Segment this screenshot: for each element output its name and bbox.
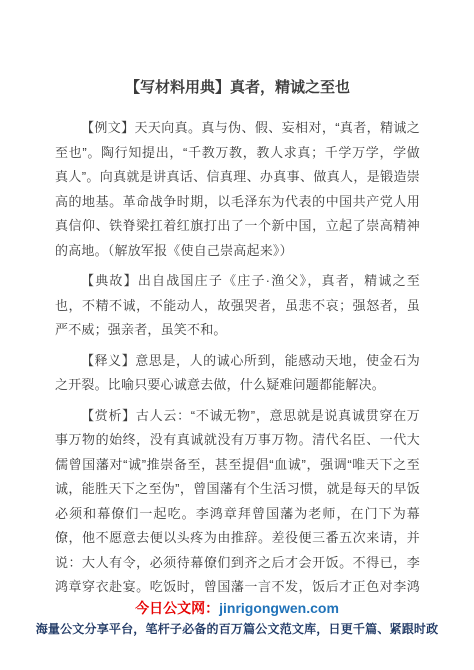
site-tagline: 海量公文分享平台，笔杆子必备的百万篇公文范文库，日更千篇、紧跟时政 bbox=[0, 621, 474, 638]
site-name: 今日公文网： bbox=[135, 600, 219, 616]
footer: 今日公文网：jinrigongwen.com 海量公文分享平台，笔杆子必备的百万… bbox=[0, 596, 474, 638]
footer-site-line: 今日公文网：jinrigongwen.com bbox=[0, 598, 474, 618]
document-content: 【写材料用典】真者，精诚之至也 【例文】天天向真。真与伪、假、妄相对，“真者，精… bbox=[0, 0, 474, 624]
document-page: 【写材料用典】真者，精诚之至也 【例文】天天向真。真与伪、假、妄相对，“真者，精… bbox=[0, 0, 474, 670]
site-url-link[interactable]: jinrigongwen.com bbox=[219, 600, 339, 616]
page-title: 【写材料用典】真者，精诚之至也 bbox=[55, 79, 420, 96]
paragraph-example: 【例文】天天向真。真与伪、假、妄相对，“真者，精诚之至也”。陶行知提出，“千教万… bbox=[55, 116, 420, 263]
paragraph-allusion: 【典故】出自战国庄子《庄子·渔父》，真者，精诚之至也，不精不诚，不能动人，故强哭… bbox=[55, 269, 420, 343]
paragraph-definition: 【释义】意思是，人的诚心所到，能感动天地，使金石为之开裂。比喻只要心诚意去做，什… bbox=[55, 349, 420, 398]
paragraph-analysis: 【赏析】古人云：“不诚无物”，意思就是说真诚贯穿在万事万物的始终，没有真诚就没有… bbox=[55, 404, 420, 625]
